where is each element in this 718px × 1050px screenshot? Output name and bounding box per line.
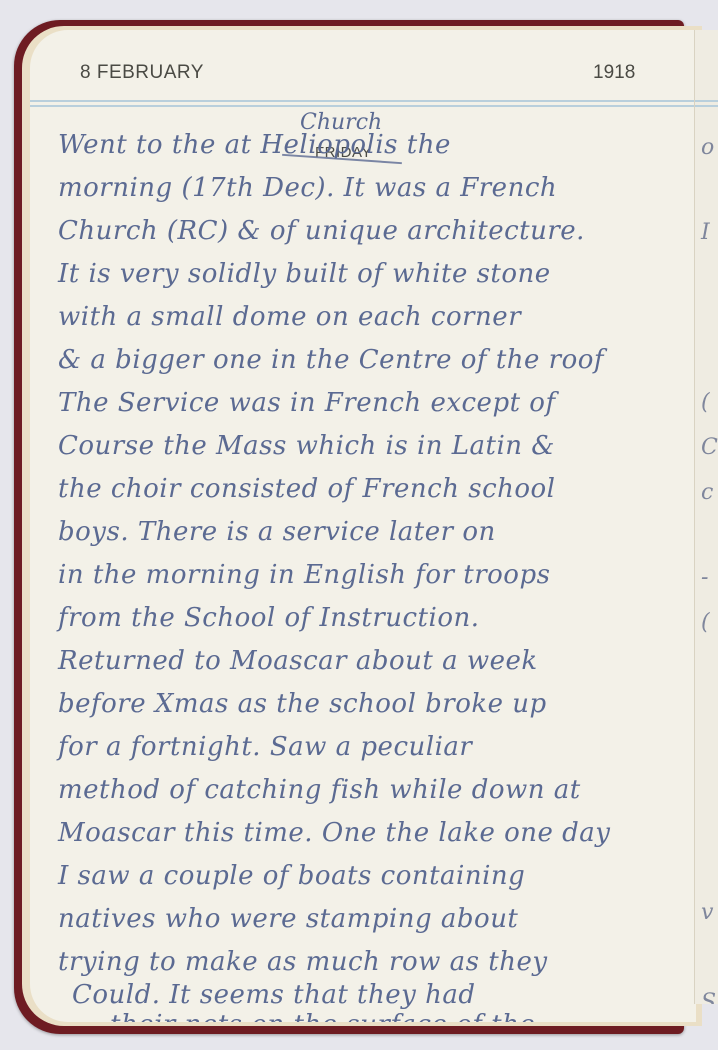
next-page-rule xyxy=(695,100,718,102)
handwritten-line: for a fortnight. Saw a peculiar xyxy=(58,732,472,762)
handwritten-line: The Service was in French except of xyxy=(58,388,556,418)
handwritten-line: morning (17th Dec). It was a French xyxy=(58,173,557,203)
handwritten-line: the choir consisted of French school xyxy=(58,474,556,504)
handwritten-line: trying to make as much row as they xyxy=(58,947,548,977)
handwritten-line: boys. There is a service later on xyxy=(58,517,496,547)
next-page-glyph: ( xyxy=(701,390,710,415)
handwritten-line: in the morning in English for troops xyxy=(58,560,550,590)
handwritten-line: Church (RC) & of unique architecture. xyxy=(58,216,585,246)
printed-year: 1918 xyxy=(593,62,635,84)
printed-date: 8 FEBRUARY xyxy=(80,62,204,84)
next-page-glyph: C xyxy=(701,435,718,460)
header-rule-bottom xyxy=(30,105,696,107)
next-page-glyph: - xyxy=(701,565,708,590)
handwritten-line: their nets on the surface of the xyxy=(110,1010,535,1022)
handwritten-line: & a bigger one in the Centre of the roof xyxy=(58,345,604,375)
next-page-glyph: c xyxy=(701,480,713,505)
next-page-glyph: S xyxy=(701,990,716,1004)
handwritten-line: from the School of Instruction. xyxy=(58,603,479,633)
handwritten-line: Course the Mass which is in Latin & xyxy=(58,431,555,461)
handwritten-line: Moascar this time. One the lake one day xyxy=(58,818,611,848)
next-page-glyph: ( xyxy=(701,610,710,635)
handwritten-line: I saw a couple of boats containing xyxy=(58,861,525,891)
handwritten-line: method of catching fish while down at xyxy=(58,775,581,805)
header-rule-top xyxy=(30,100,696,102)
next-page-glyph: v xyxy=(701,900,713,925)
handwritten-line: before Xmas as the school broke up xyxy=(58,689,547,719)
handwritten-line: natives who were stamping about xyxy=(58,904,518,934)
handwritten-line: Returned to Moascar about a week xyxy=(58,646,538,676)
handwritten-line: Went to the at Heliopolis the xyxy=(58,130,451,160)
next-page-edge: o I ( C c - ( v S xyxy=(694,30,718,1004)
handwritten-line: Could. It seems that they had xyxy=(72,980,475,1010)
next-page-glyph: I xyxy=(701,220,710,245)
handwritten-line: with a small dome on each corner xyxy=(58,302,521,332)
handwritten-line: It is very solidly built of white stone xyxy=(58,259,551,289)
diary-page: 8 FEBRUARY 1918 Church FRIDAY Went to th… xyxy=(30,30,696,1022)
next-page-rule xyxy=(695,105,718,107)
next-page-glyph: o xyxy=(701,135,714,160)
